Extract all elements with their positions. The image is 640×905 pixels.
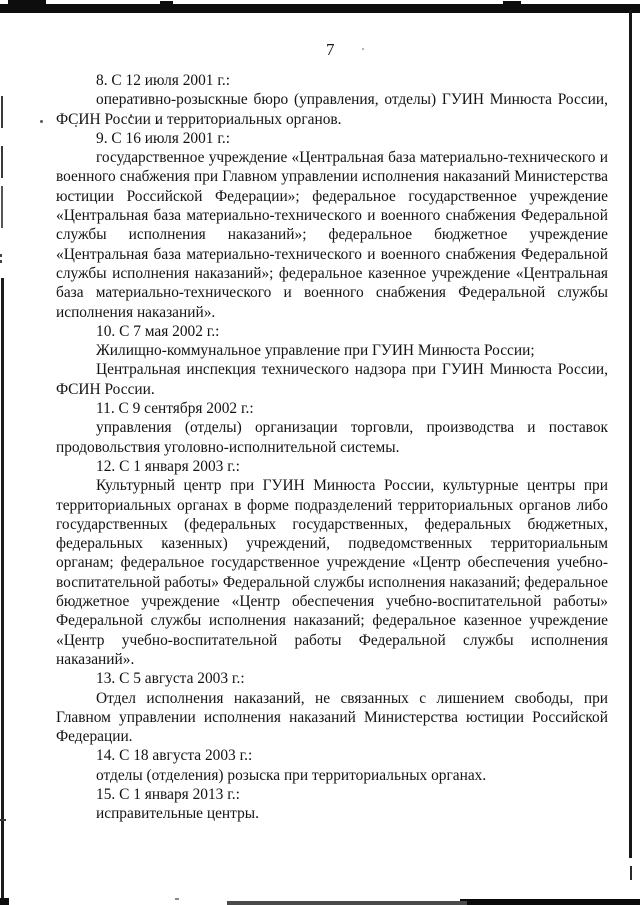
scan-bottom-blob [0,898,9,905]
item-paragraph: исправительные центры. [56,804,608,823]
scan-bottom-bar [460,899,640,905]
item-heading: 12. С 1 января 2003 г.: [56,457,608,476]
list-item: 12. С 1 января 2003 г.: Культурный центр… [56,457,608,669]
scan-left-border-dash [1,96,3,128]
list-item: 14. С 18 августа 2003 г.: отделы (отделе… [56,746,608,785]
list-item: 13. С 5 августа 2003 г.: Отдел исполнени… [56,669,608,746]
scan-left-border [1,278,4,905]
item-paragraph: оперативно-розыскные бюро (управления, о… [56,90,608,129]
list-item: 8. С 12 июля 2001 г.: оперативно-розыскн… [56,71,608,129]
scan-left-border-dot [0,260,2,263]
item-paragraph: Отдел исполнения наказаний, не связанных… [56,689,608,747]
scan-left-border-dash [1,186,3,228]
scan-top-bar-bump [8,0,46,6]
item-paragraph: Жилищно-коммунальное управление при ГУИН… [56,341,608,360]
scan-speck [362,48,364,50]
scan-top-bar-bump [503,1,521,6]
document-text-block: 8. С 12 июля 2001 г.: оперативно-розыскн… [56,71,608,824]
item-heading: 10. С 7 мая 2002 г.: [56,322,608,341]
list-item: 9. С 16 июля 2001 г.: государственное уч… [56,129,608,322]
scan-bottom-bar [227,901,467,905]
list-item: 10. С 7 мая 2002 г.: Жилищно-коммунально… [56,322,608,399]
scan-top-bar-bump [160,1,173,6]
scan-left-border-tick [0,819,6,821]
item-paragraph: Культурный центр при ГУИН Минюста России… [56,476,608,669]
item-heading: 9. С 16 июля 2001 г.: [56,129,608,148]
item-paragraph: Центральная инспекция технического надзо… [56,360,608,399]
item-heading: 8. С 12 июля 2001 г.: [56,71,608,90]
item-paragraph: государственное учреждение «Центральная … [56,148,608,322]
scan-top-bar [0,4,640,13]
list-item: 15. С 1 января 2013 г.: исправительные ц… [56,785,608,824]
item-paragraph: отделы (отделения) розыска при территори… [56,766,608,785]
item-paragraph: управления (отделы) организации торговли… [56,418,608,457]
scan-left-border-dash [1,146,3,178]
item-heading: 14. С 18 августа 2003 г.: [56,746,608,765]
list-item: 11. С 9 сентября 2002 г.: управления (от… [56,399,608,457]
item-heading: 13. С 5 августа 2003 г.: [56,669,608,688]
item-heading: 11. С 9 сентября 2002 г.: [56,399,608,418]
scan-bottom-tick [175,898,179,900]
page-number: 7 [326,40,335,60]
scan-speck [40,120,43,123]
scan-right-border [629,10,632,858]
item-heading: 15. С 1 января 2013 г.: [56,785,608,804]
scan-left-border-dot [0,254,2,257]
scan-right-border-seg [630,866,632,880]
document-page: { "page": { "number": "7" }, "document":… [0,0,640,905]
